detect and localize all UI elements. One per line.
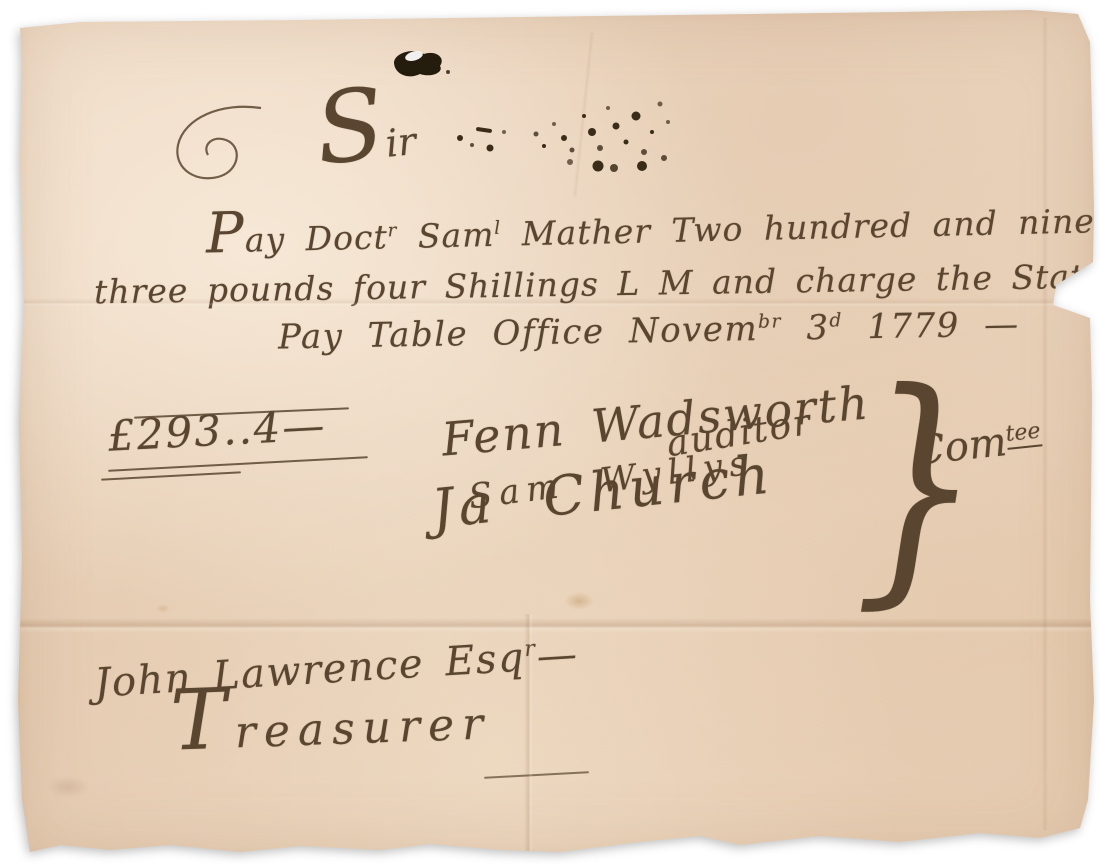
body-line-1-text-b: Sam <box>397 215 495 256</box>
body-line-3-sup-a: br <box>758 311 782 332</box>
ink-blot-icon <box>384 42 458 86</box>
addressee-text-b: — <box>535 631 579 679</box>
stain-smudge-bottom-left <box>46 776 90 798</box>
addressee-title: Treasurer <box>170 698 492 760</box>
stain-spot-center <box>564 592 594 610</box>
document-scan: Sir <box>16 8 1096 860</box>
ink-spatter-icon <box>446 88 676 188</box>
body-line-3-sup-b: d <box>829 310 843 331</box>
body-line-1-text-a: Pay Doct <box>206 217 388 260</box>
addressee-text-a: John Lawrence Esq <box>93 635 526 707</box>
amount-rule-bottom-2 <box>101 471 241 480</box>
fold-crease-vertical-right <box>1042 18 1048 830</box>
treasurer-flourish-line <box>484 771 589 778</box>
stain-spot-left <box>156 604 170 613</box>
committee-text: Com <box>912 419 1009 474</box>
paper-sheet: Sir <box>16 8 1096 860</box>
committee-brace: } <box>854 360 981 610</box>
salutation-flourish-icon <box>166 100 296 195</box>
body-line-1-text-c: Mather Two hundred and ninety <box>501 201 1100 254</box>
body-line-1: Pay Doctr Saml Mather Two hundred and ni… <box>206 201 1100 261</box>
body-line-3-text-b: 3 <box>782 308 830 349</box>
addressee-name: John Lawrence Esqr— <box>93 631 580 707</box>
committee-sup: tee <box>1004 418 1042 449</box>
body-line-3-text-a: Pay Table Office Novem <box>278 309 759 357</box>
